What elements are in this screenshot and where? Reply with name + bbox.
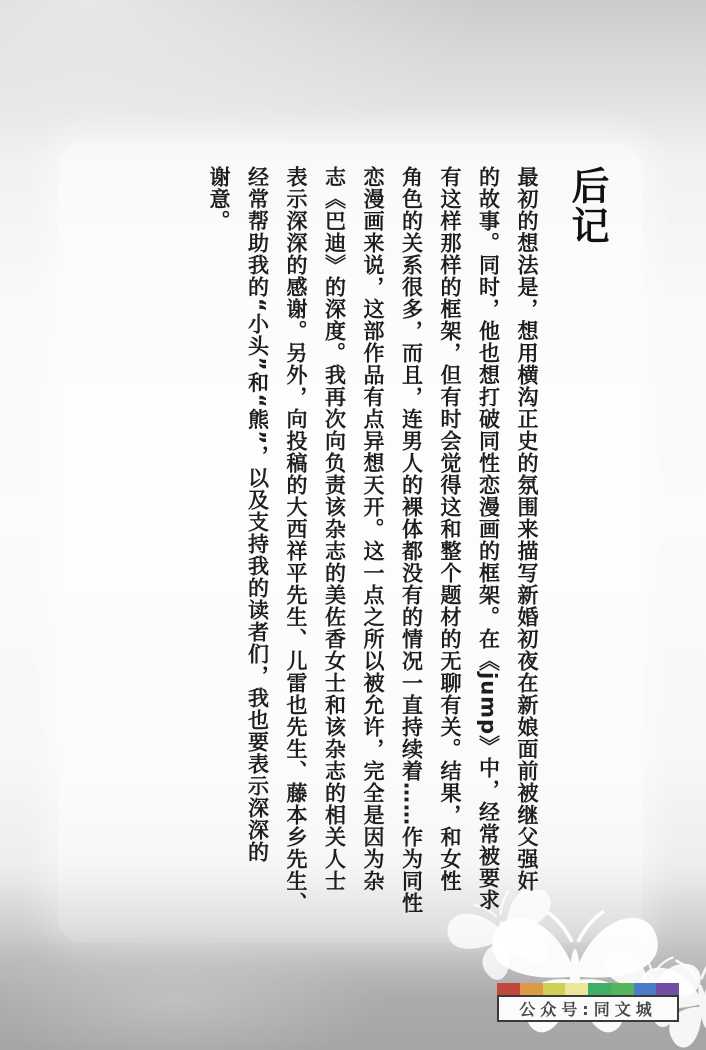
text-column: 的故事。同时，他也想打破同性恋漫画的框架。在《jump》中，经常被要求 [469,166,508,924]
rainbow-segment [588,983,611,995]
scanned-page: 后记 最初的想法是，想用横沟正史的氛围来描写新婚初夜在新娘面前被继父强奸 的故事… [0,0,706,1050]
watermark-label: 公众号:同文城 [497,995,679,1022]
rainbow-segment [656,983,679,995]
rainbow-stripe [497,983,679,995]
rainbow-segment [634,983,657,995]
text-column: 志《巴迪》的深度。我再次向负责该杂志的美佐香女士和该杂志的相关人士 [315,166,354,924]
rainbow-segment [520,983,543,995]
watermark-badge: 公众号:同文城 [497,983,679,1022]
text-column: 经常帮助我的“小头”和“熊”，以及支持我的读者们，我也要表示深深的 [238,166,277,924]
afterword-text-block: 后记 最初的想法是，想用横沟正史的氛围来描写新婚初夜在新娘面前被继父强奸 的故事… [200,166,619,924]
afterword-title: 后记 [556,166,618,924]
text-column: 有这样那样的框架，但有时会觉得这和整个题材的无聊有关。结果，和女性 [431,166,470,924]
rainbow-segment [611,983,634,995]
rainbow-segment [565,983,588,995]
text-column: 恋漫画来说，这部作品有点异想天开。这一点之所以被允许，完全是因为杂 [354,166,393,924]
text-column: 最初的想法是，想用横沟正史的氛围来描写新婚初夜在新娘面前被继父强奸 [508,166,547,924]
text-column: 角色的关系很多，而且，连男人的裸体都没有的情况一直持续着……作为同性 [392,166,431,924]
rainbow-segment [543,983,566,995]
text-column: 表示深深的感谢。另外，向投稿的大西祥平先生、儿雷也先生、藤本乡先生、 [277,166,316,924]
rainbow-segment [497,983,520,995]
text-column: 谢意。 [200,166,239,924]
